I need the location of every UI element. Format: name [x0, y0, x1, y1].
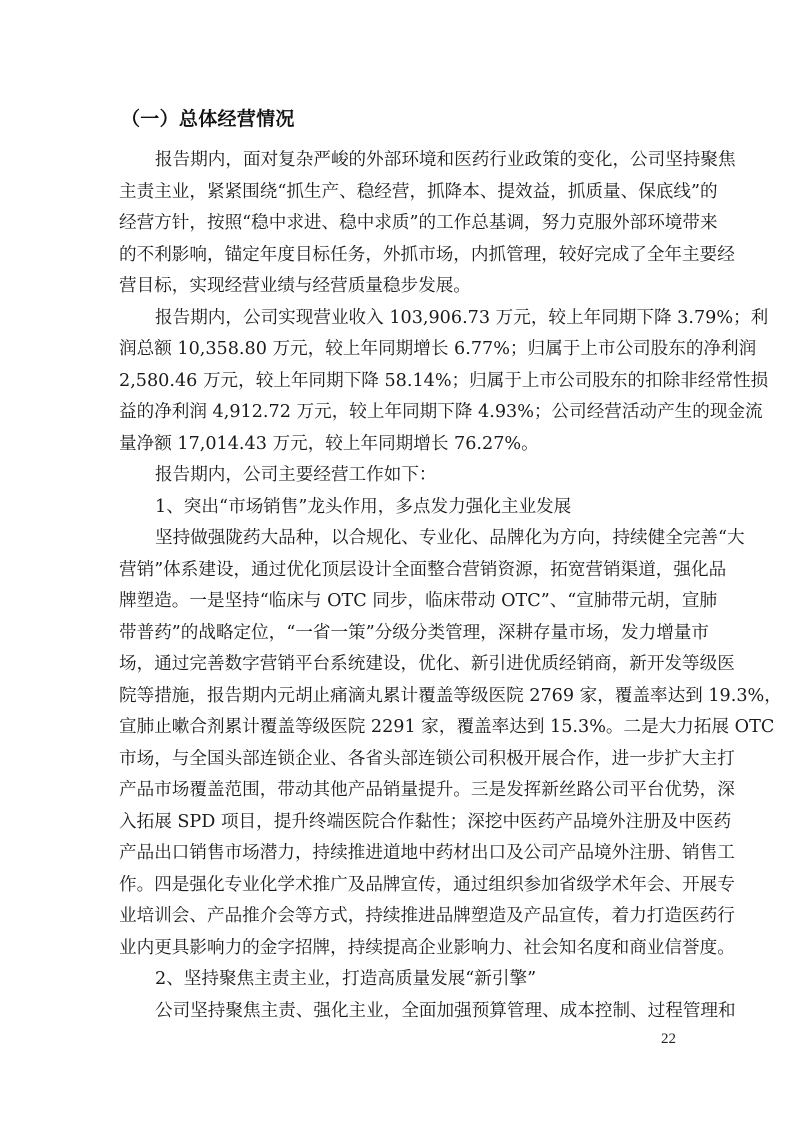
paragraph-line: 营目标，实现经营业绩与经营质量稳步发展。 [119, 275, 681, 297]
section-heading: （一）总体经营情况 [121, 104, 295, 131]
subsection-heading: 1、突出“市场销售”龙头作用，多点发力强化主业发展 [155, 496, 681, 518]
paragraph-line: 公司坚持聚焦主责、强化主业，全面加强预算管理、成本控制、过程管理和 [155, 1000, 681, 1022]
paragraph-line: 场，通过完善数字营销平台系统建设，优化、新引进优质经销商，新开发等级医 [119, 653, 681, 675]
paragraph-line: 经营方针，按照“稳中求进、稳中求质”的工作总基调，努力克服外部环境带来 [119, 212, 681, 234]
paragraph-line: 业内更具影响力的金字招牌，持续提高企业影响力、社会知名度和商业信誉度。 [119, 937, 681, 959]
paragraph-line: 报告期内，面对复杂严峻的外部环境和医药行业政策的变化，公司坚持聚焦 [155, 149, 681, 171]
paragraph-line: 报告期内，公司主要经营工作如下： [155, 464, 681, 486]
paragraph-line: 牌塑造。一是坚持“临床与 OTC 同步，临床带动 OTC”、“宣肺带元胡，宣肺 [119, 590, 681, 612]
paragraph-line: 带普药”的战略定位，“一省一策”分级分类管理，深耕存量市场，发力增量市 [119, 622, 681, 644]
subsection-heading: 2、坚持聚焦主责主业，打造高质量发展“新引擎” [155, 968, 681, 990]
paragraph-line: 宣肺止嗽合剂累计覆盖等级医院 2291 家，覆盖率达到 15.3%。二是大力拓展… [119, 716, 681, 738]
paragraph-line: 市场，与全国头部连锁企业、各省头部连锁公司积极开展合作，进一步扩大主打 [119, 748, 681, 770]
paragraph-line: 益的净利润 4,912.72 万元，较上年同期下降 4.93%；公司经营活动产生… [119, 401, 681, 423]
paragraph-line: 坚持做强陇药大品种，以合规化、专业化、品牌化为方向，持续健全完善“大 [155, 527, 681, 549]
document-page: （一）总体经营情况 报告期内，面对复杂严峻的外部环境和医药行业政策的变化，公司坚… [0, 0, 794, 1122]
paragraph-line: 报告期内，公司实现营业收入 103,906.73 万元，较上年同期下降 3.79… [155, 307, 681, 329]
paragraph-line: 入拓展 SPD 项目，提升终端医院合作黏性；深挖中医药产品境外注册及中医药 [119, 811, 681, 833]
paragraph-line: 院等措施，报告期内元胡止痛滴丸累计覆盖等级医院 2769 家，覆盖率达到 19.… [119, 685, 681, 707]
paragraph-line: 润总额 10,358.80 万元，较上年同期增长 6.77%；归属于上市公司股东… [119, 338, 681, 360]
paragraph-line: 业培训会、产品推介会等方式，持续推进品牌塑造及产品宣传，着力打造医药行 [119, 905, 681, 927]
paragraph-line: 营销”体系建设，通过优化顶层设计全面整合营销资源，拓宽营销渠道，强化品 [119, 559, 681, 581]
page-number: 22 [661, 1031, 676, 1048]
paragraph-line: 主责主业，紧紧围绕“抓生产、稳经营，抓降本、提效益，抓质量、保底线”的 [119, 181, 681, 203]
paragraph-line: 2,580.46 万元，较上年同期下降 58.14%；归属于上市公司股东的扣除非… [119, 370, 681, 392]
paragraph-line: 量净额 17,014.43 万元，较上年同期增长 76.27%。 [119, 433, 681, 455]
paragraph-line: 作。四是强化专业化学术推广及品牌宣传，通过组织参加省级学术年会、开展专 [119, 874, 681, 896]
paragraph-line: 的不利影响，锚定年度目标任务，外抓市场，内抓管理，较好完成了全年主要经 [119, 244, 681, 266]
paragraph-line: 产品市场覆盖范围，带动其他产品销量提升。三是发挥新丝路公司平台优势，深 [119, 779, 681, 801]
paragraph-line: 产品出口销售市场潜力，持续推进道地中药材出口及公司产品境外注册、销售工 [119, 842, 681, 864]
